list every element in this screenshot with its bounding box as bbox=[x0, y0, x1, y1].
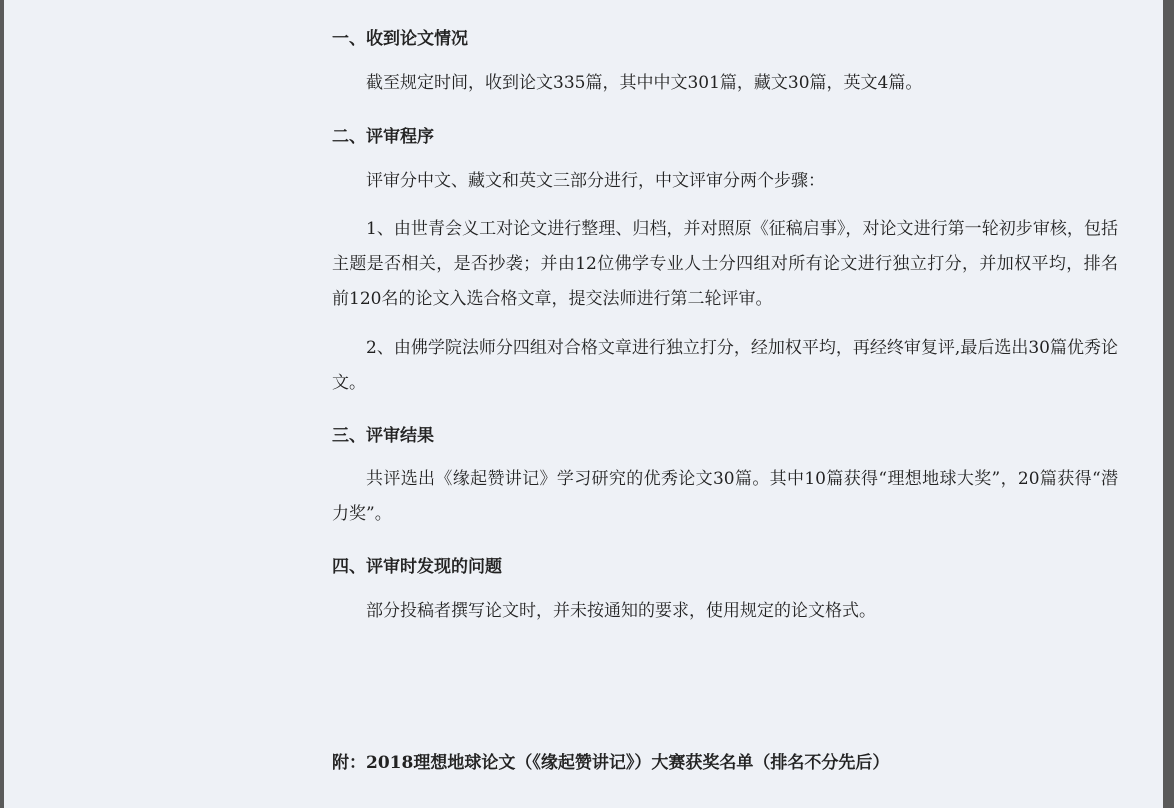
section-heading-results: 三、评审结果 bbox=[332, 421, 434, 446]
section-heading-received: 一、收到论文情况 bbox=[332, 24, 468, 49]
paragraph-procedure-step-1: 1、由世青会义工对论文进行整理、归档，并对照原《征稿启事》，对论文进行第一轮初步… bbox=[332, 212, 1118, 317]
paragraph-issues: 部分投稿者撰写论文时，并未按通知的要求，使用规定的论文格式。 bbox=[332, 594, 1118, 629]
paragraph-received-summary: 截至规定时间，收到论文335篇，其中中文301篇，藏文30篇，英文4篇。 bbox=[332, 66, 1118, 101]
paragraph-results: 共评选出《缘起赞讲记》学习研究的优秀论文30篇。其中10篇获得“理想地球大奖”，… bbox=[332, 462, 1118, 532]
section-heading-issues: 四、评审时发现的问题 bbox=[332, 552, 502, 577]
paragraph-procedure-intro: 评审分中文、藏文和英文三部分进行，中文评审分两个步骤： bbox=[332, 164, 1118, 199]
document-viewport[interactable]: 一、收到论文情况 截至规定时间，收到论文335篇，其中中文301篇，藏文30篇，… bbox=[4, 0, 1163, 808]
paragraph-procedure-step-2: 2、由佛学院法师分四组对合格文章进行独立打分，经加权平均，再经终审复评,最后选出… bbox=[332, 331, 1118, 401]
section-heading-procedure: 二、评审程序 bbox=[332, 122, 434, 147]
appendix-title: 附：2018理想地球论文（《缘起赞讲记》）大赛获奖名单（排名不分先后） bbox=[332, 748, 889, 773]
